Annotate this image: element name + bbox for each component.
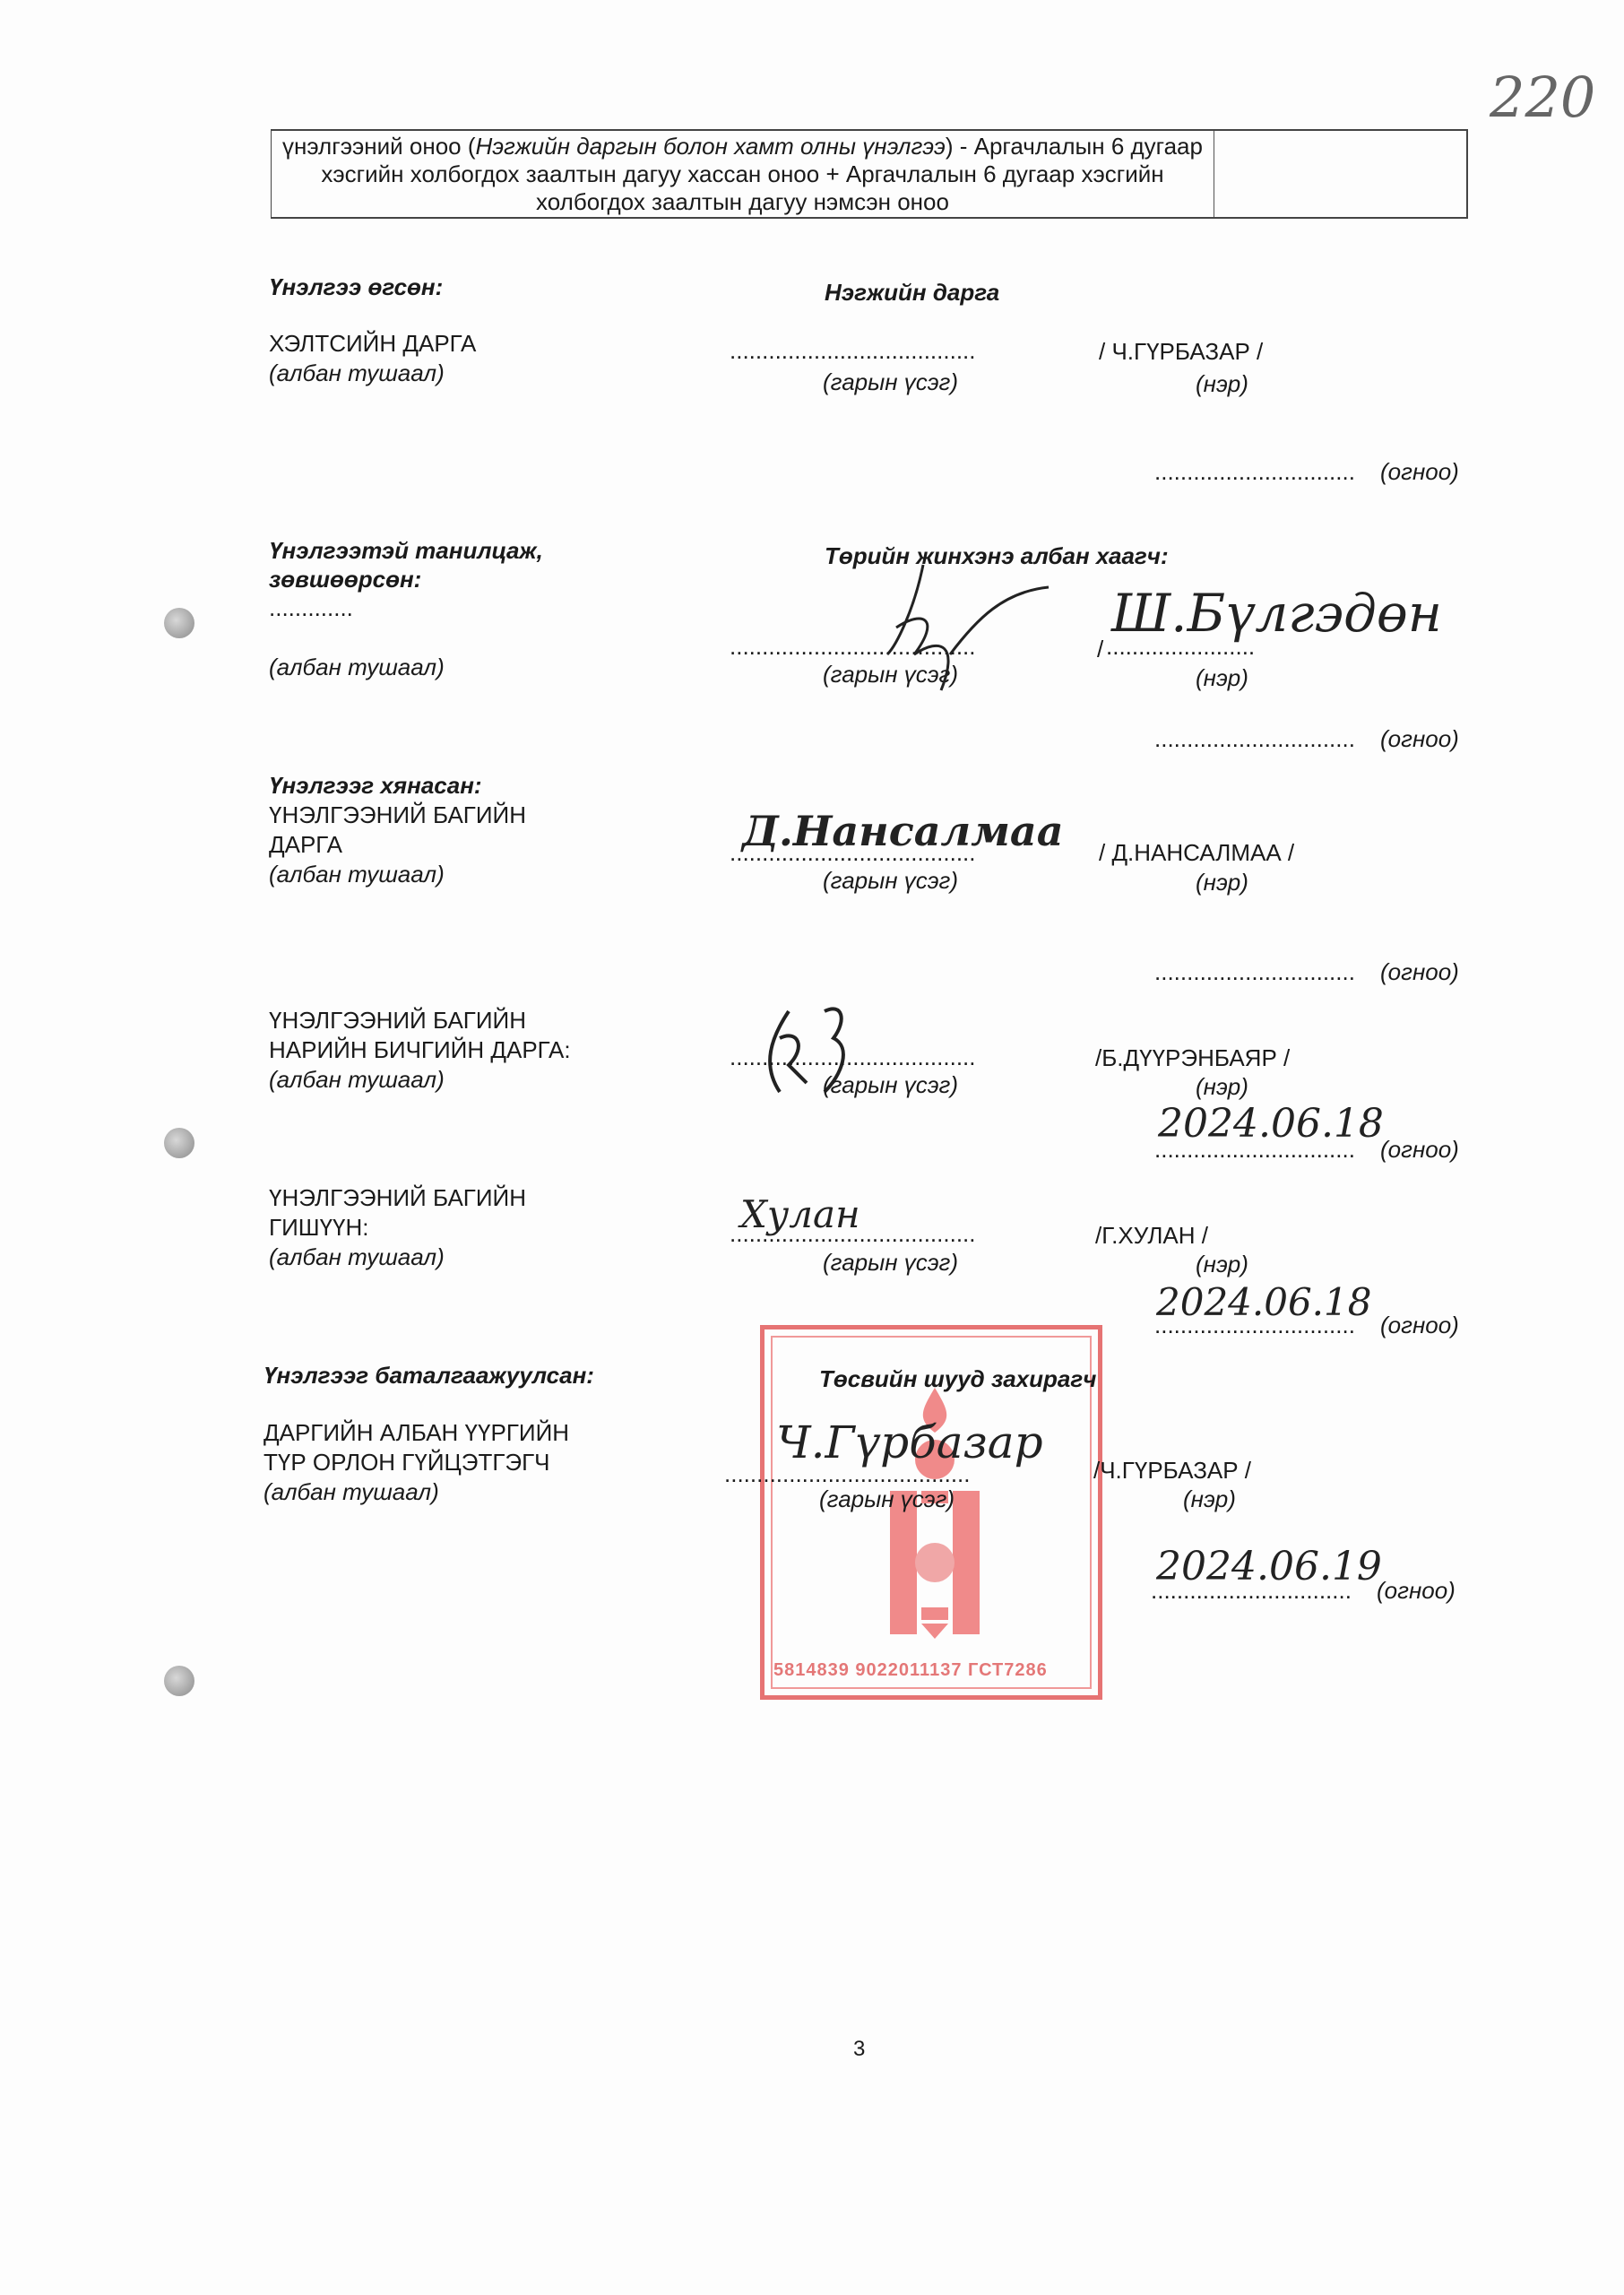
page-number: 3 bbox=[853, 2037, 865, 2062]
position-title: ҮНЭЛГЭЭНИЙ БАГИЙН bbox=[269, 1006, 526, 1035]
name-label: (нэр) bbox=[1183, 1485, 1236, 1513]
position-title: ТҮР ОРЛОН ГҮЙЦЭТГЭГЧ bbox=[263, 1448, 550, 1477]
section-heading: Үнэлгээ өгсөн: bbox=[269, 273, 443, 301]
signature-label: (гарын үсэг) bbox=[823, 1070, 958, 1099]
name-label: (нэр) bbox=[1196, 1072, 1248, 1101]
position-title: ҮНЭЛГЭЭНИЙ БАГИЙН bbox=[269, 801, 526, 829]
date-label: (огноо) bbox=[1380, 957, 1459, 986]
punch-hole bbox=[164, 1128, 194, 1158]
signature-line: ...................................... bbox=[730, 1219, 1025, 1248]
name-label: (нэр) bbox=[1196, 663, 1248, 692]
signatory-name: /Б.ДҮҮРЭНБАЯР / bbox=[1095, 1044, 1290, 1072]
position-title: ............. bbox=[269, 593, 353, 622]
date-line: ............................... bbox=[1154, 724, 1374, 753]
section-heading-continued: зөвшөөрсөн: bbox=[269, 565, 556, 593]
date-label: (огноо) bbox=[1380, 1135, 1459, 1164]
signatory-name: / Д.НАНСАЛМАА / bbox=[1099, 838, 1294, 867]
date-label: (огноо) bbox=[1380, 1311, 1459, 1339]
date-label: (огноо) bbox=[1380, 724, 1459, 753]
handwritten-page-number: 220 bbox=[1490, 65, 1595, 130]
punch-hole bbox=[164, 608, 194, 638]
section-heading: Үнэлгээг хянасан: bbox=[269, 771, 482, 800]
signatory-name: / Ч.ГҮРБАЗАР / bbox=[1099, 337, 1263, 366]
section-heading: Нэгжийн дарга bbox=[825, 278, 999, 307]
date-label: (огноо) bbox=[1377, 1576, 1456, 1605]
signatory-name: /Ч.ГҮРБАЗАР / bbox=[1093, 1456, 1251, 1485]
date-line: ............................... bbox=[1154, 1135, 1374, 1164]
score-table: үнэлгээний оноо (Нэгжийн даргын болон ха… bbox=[271, 129, 1468, 219]
date-line: ............................... bbox=[1154, 1311, 1374, 1339]
position-title: ҮНЭЛГЭЭНИЙ БАГИЙН bbox=[269, 1183, 526, 1212]
signature-line: ...................................... bbox=[730, 1043, 1025, 1071]
position-label: (албан тушаал) bbox=[269, 860, 445, 888]
position-label: (албан тушаал) bbox=[269, 359, 445, 387]
signature-label: (гарын үсэг) bbox=[823, 866, 958, 895]
date-line: ............................... bbox=[1154, 457, 1374, 486]
score-table-description: үнэлгээний оноо (Нэгжийн даргын болон ха… bbox=[272, 131, 1214, 217]
name-label: (нэр) bbox=[1196, 1250, 1248, 1278]
signature-line: ...................................... bbox=[730, 336, 1022, 365]
signature-label: (гарын үсэг) bbox=[819, 1485, 955, 1513]
position-title: ГИШҮҮН: bbox=[269, 1213, 369, 1242]
signature-mark bbox=[860, 556, 1058, 708]
date-label: (огноо) bbox=[1380, 457, 1459, 486]
handwritten-name: Ш.Бүлгэдөн bbox=[1111, 583, 1442, 644]
score-table-value bbox=[1216, 131, 1467, 217]
signatory-name: / bbox=[1097, 635, 1103, 663]
position-title: НАРИЙН БИЧГИЙН ДАРГА: bbox=[269, 1035, 571, 1064]
position-title: ДАРГИЙН АЛБАН ҮҮРГИЙН bbox=[263, 1418, 569, 1447]
date-line: ............................... bbox=[1154, 957, 1374, 986]
position-label: (албан тушаал) bbox=[263, 1477, 439, 1506]
signature-line: ...................................... bbox=[730, 838, 1025, 867]
date-line: ............................... bbox=[1151, 1576, 1370, 1605]
name-label: (нэр) bbox=[1196, 868, 1248, 896]
stamp-registration-numbers: 5814839 9022011137 ГСТ7286 bbox=[773, 1660, 1048, 1681]
punch-hole bbox=[164, 1666, 194, 1696]
position-label: (албан тушаал) bbox=[269, 1243, 445, 1271]
section-heading: Үнэлгээг баталгаажуулсан: bbox=[263, 1361, 594, 1390]
section-heading: Төсвийн шууд захирагч bbox=[819, 1364, 1096, 1393]
section-heading: Үнэлгээтэй танилцаж, bbox=[269, 536, 543, 565]
signature-label: (гарын үсэг) bbox=[823, 368, 958, 396]
name-label: (нэр) bbox=[1196, 369, 1248, 398]
position-title: ДАРГА bbox=[269, 830, 342, 859]
signatory-name: /Г.ХУЛАН / bbox=[1095, 1221, 1208, 1250]
position-label: (албан тушаал) bbox=[269, 653, 445, 681]
position-title: ХЭЛТСИЙН ДАРГА bbox=[269, 329, 476, 358]
signature-label: (гарын үсэг) bbox=[823, 1248, 958, 1277]
position-label: (албан тушаал) bbox=[269, 1065, 445, 1094]
